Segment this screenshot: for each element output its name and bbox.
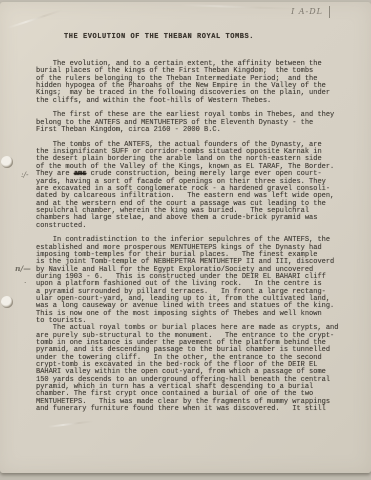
paragraph-3: The tombs of the ANTEFS, the actual foun… xyxy=(36,142,348,230)
pencil-margin-mark: n/— xyxy=(15,264,31,273)
paragraph-5: The actual royal tombs or burial places … xyxy=(36,325,348,413)
pencil-margin-mark: :/- xyxy=(21,170,29,179)
paper-crease xyxy=(48,420,94,428)
scanned-document-page: I A-DL THE EVOLUTION OF THE THEBAN ROYAL… xyxy=(0,2,371,473)
paragraph-2: The first of these are the earliest roya… xyxy=(36,112,348,134)
pencil-margin-dot: . xyxy=(24,276,26,285)
paper-crease xyxy=(7,9,63,29)
paper-crease xyxy=(180,4,300,10)
paragraph-3-text: crude construction, being merely large e… xyxy=(36,170,334,229)
document-body: The evolution, and to a certain extent, … xyxy=(36,61,348,414)
hole-punch xyxy=(1,296,13,308)
handwritten-annotation: I A-DL xyxy=(291,6,330,18)
paragraph-1: The evolution, and to a certain extent, … xyxy=(36,61,348,105)
document-title: THE EVOLUTION OF THE THEBAN ROYAL TOMBS. xyxy=(64,33,254,41)
paragraph-4: In contradistinction to the inferior sep… xyxy=(36,237,348,325)
hole-punch xyxy=(1,156,13,168)
